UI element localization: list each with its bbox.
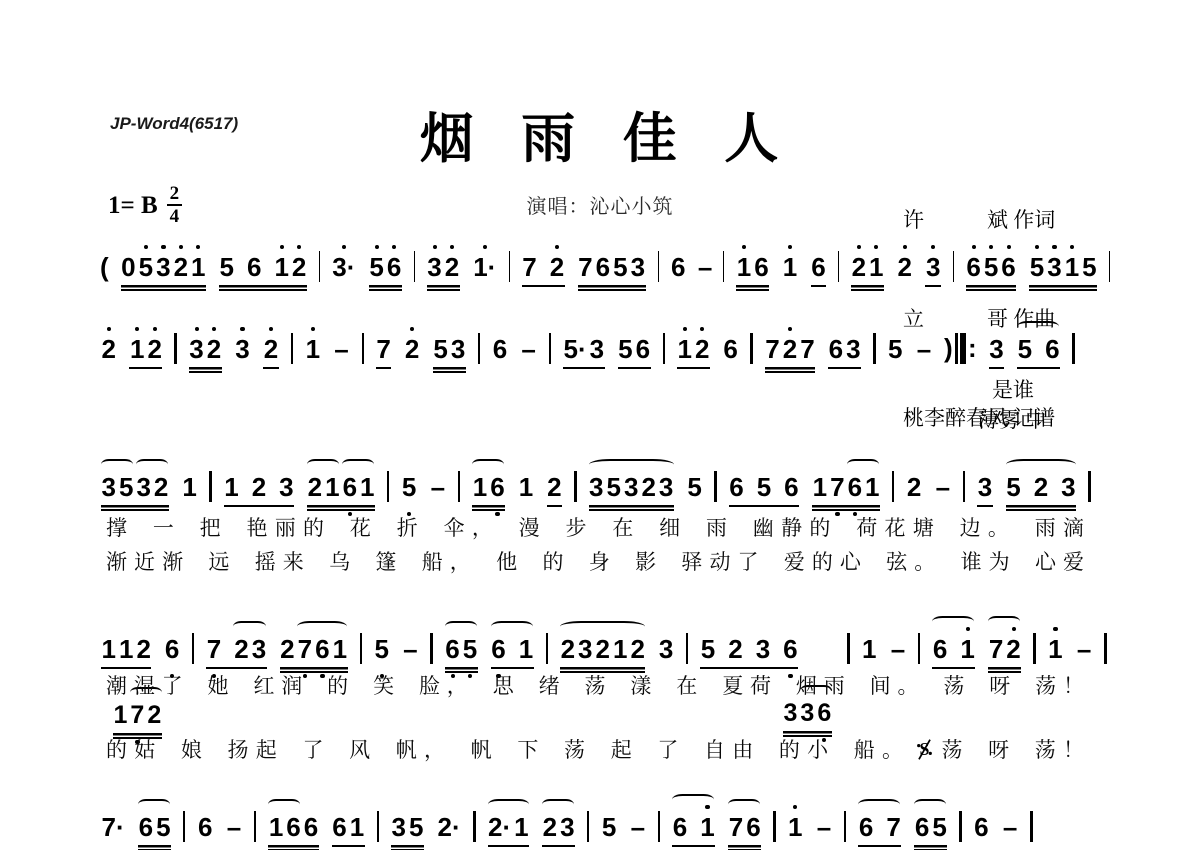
note-group: 3 <box>234 334 251 364</box>
note: 5 <box>755 472 772 502</box>
barline-icon <box>377 811 379 842</box>
note: 5 <box>432 334 449 364</box>
note-group: 1 <box>304 334 321 364</box>
barline-icon <box>192 633 194 664</box>
barline-icon <box>209 471 211 502</box>
note-group: 6 <box>163 634 180 664</box>
note-group: 2 <box>546 472 563 502</box>
note: 6 <box>669 252 686 282</box>
note: 3 <box>559 812 576 842</box>
note: 2 <box>1005 634 1022 664</box>
note: 3 <box>988 334 1005 364</box>
note-group: 12 <box>676 334 711 364</box>
note: 6 <box>857 812 874 842</box>
note: 1 <box>517 472 534 502</box>
note: 3 <box>449 334 466 364</box>
note-group: 12 <box>128 334 163 364</box>
rest-dash: – <box>934 472 952 502</box>
barline-icon <box>1033 633 1035 664</box>
note-group: 1 <box>781 252 798 282</box>
octave-dot-above-icon <box>1070 245 1074 249</box>
note: 2 <box>541 812 558 842</box>
slur-icon <box>268 799 300 810</box>
note: 1 <box>117 634 134 664</box>
note: 3 <box>100 472 117 502</box>
note: 1 <box>517 634 534 664</box>
note: 2 <box>629 634 646 664</box>
note: 6 <box>491 334 508 364</box>
note-group: 3· <box>331 252 357 282</box>
barline-icon <box>574 471 576 502</box>
slur-icon <box>932 616 974 627</box>
note-group: 5·3 <box>562 334 606 364</box>
octave-dot-above-icon <box>1035 245 1039 249</box>
note: 7 <box>727 812 744 842</box>
barline-icon <box>658 811 660 842</box>
note-group: 3 <box>988 334 1005 364</box>
repeat-start-sign: ): <box>944 333 977 364</box>
note-group: 1761 <box>811 472 881 502</box>
note-group: 3 <box>924 252 941 282</box>
note: 1 <box>781 252 798 282</box>
note-group: 2·1 <box>487 812 531 842</box>
note: 2 <box>905 472 922 502</box>
note: 1 <box>223 472 240 502</box>
note: 2 <box>233 634 250 664</box>
barline-icon <box>430 633 432 664</box>
note: 2 <box>306 472 323 502</box>
octave-dot-above-icon <box>107 327 111 331</box>
note: 7 <box>829 472 846 502</box>
note-group: 2161 <box>306 472 376 502</box>
note: 2 <box>152 472 169 502</box>
note: 5 <box>137 252 154 282</box>
note: 6 <box>385 252 402 282</box>
rest-dash: – <box>429 472 447 502</box>
note: 5 <box>155 812 172 842</box>
note: 6 <box>965 252 982 282</box>
note: 3 <box>976 472 993 502</box>
note-group: 32 <box>188 334 223 364</box>
note-group: 723 <box>205 634 267 664</box>
note-group: 61 <box>671 812 716 842</box>
note: 7 <box>885 812 902 842</box>
barline-icon <box>291 333 293 364</box>
rest-dash: – <box>520 334 538 364</box>
note-group: 23 <box>541 812 576 842</box>
barline-icon <box>362 333 364 364</box>
note: 6 <box>245 252 262 282</box>
slur-icon <box>672 794 714 805</box>
note-group: 2· <box>436 812 462 842</box>
octave-dot-above-icon <box>240 327 244 331</box>
barline-icon <box>1109 251 1110 282</box>
octave-dot-above-icon <box>903 245 907 249</box>
note: 3 <box>577 634 594 664</box>
note: 3 <box>657 634 674 664</box>
note: 5 <box>117 472 134 502</box>
note: 2 <box>279 634 296 664</box>
note: 6 <box>753 252 770 282</box>
note: 1 <box>787 812 804 842</box>
note: 1 <box>267 812 284 842</box>
note: 3 <box>250 634 267 664</box>
note: 2 <box>172 252 189 282</box>
note: 3 <box>278 472 295 502</box>
octave-dot-above-icon <box>135 327 139 331</box>
note-group: 16 <box>735 252 770 282</box>
note: 1 <box>471 472 488 502</box>
note: 3 <box>782 698 799 728</box>
barline-icon <box>473 811 475 842</box>
note-group: 5 <box>400 472 417 502</box>
slur-icon <box>233 621 266 632</box>
lyrics-row-verse1-a: 撑 一 把 艳丽的 花 折 伞， 漫 步 在 细 雨 幽静的 荷花塘 边。 雨滴 <box>106 512 1084 542</box>
octave-dot-above-icon <box>375 245 379 249</box>
rest-dash: – <box>225 812 243 842</box>
note: 6 <box>846 472 863 502</box>
notation-line-2: 21232321–72536–5·356126727635–):356 <box>100 326 1110 364</box>
note: 5· <box>562 334 588 364</box>
note-group: 656 <box>728 472 800 502</box>
barline-icon <box>918 633 920 664</box>
note: 6 <box>594 252 611 282</box>
note: 3· <box>331 252 357 282</box>
note: 2 <box>146 700 163 730</box>
note-group: 76 <box>727 812 762 842</box>
note-group: 61 <box>490 634 535 664</box>
note-group: 5236 <box>699 634 799 664</box>
note-group: 67 <box>857 812 902 842</box>
barline-icon <box>183 811 185 842</box>
barline-icon <box>1030 811 1032 842</box>
note-group: 6 <box>810 252 827 282</box>
note: 5 <box>368 252 385 282</box>
octave-dot-above-icon <box>793 805 797 809</box>
note: 5 <box>408 812 425 842</box>
barline-icon <box>847 633 849 664</box>
octave-dot-above-icon <box>683 327 687 331</box>
note: 2 <box>205 334 222 364</box>
notation-line-4: 112672327615–656123212352361–61721– <box>100 626 1110 664</box>
note: 5 <box>218 252 235 282</box>
note: 2 <box>443 252 460 282</box>
barline-icon <box>509 251 510 282</box>
open-paren: ( <box>100 252 109 282</box>
slur-icon <box>491 621 533 632</box>
note: 3 <box>135 472 152 502</box>
note-group: 65 <box>444 634 479 664</box>
note-group: 35 <box>390 812 425 842</box>
octave-dot-above-icon <box>972 245 976 249</box>
note: 2 <box>781 334 798 364</box>
note: 7 <box>764 334 781 364</box>
octave-dot-above-icon <box>196 245 200 249</box>
note-group: 6 <box>669 252 686 282</box>
lyrics-row-verse2-a: 渐近渐 远 摇来 乌 篷 船， 他 的 身 影 驿动了 爱的心 弦。 谁为 心爱 <box>106 546 1084 576</box>
note-group: 6 <box>722 334 739 364</box>
note: 2· <box>487 812 513 842</box>
note-group: 05321 <box>120 252 207 282</box>
note: 1 <box>100 634 117 664</box>
barline-icon <box>254 811 256 842</box>
note: 2 <box>403 334 420 364</box>
note-group: 56 <box>617 334 652 364</box>
note: 3 <box>188 334 205 364</box>
note: 6 <box>341 472 358 502</box>
notation-line-1: (0532156123·56321·7276536–16162123656531… <box>100 244 1110 282</box>
note: 1 <box>959 634 976 664</box>
note: 6 <box>1044 334 1061 364</box>
note-group: 23212 <box>559 634 646 664</box>
octave-dot-above-icon <box>161 245 165 249</box>
note: 2 <box>135 634 152 664</box>
note: 6 <box>444 634 461 664</box>
slur-icon <box>988 616 1020 627</box>
sheet-music-page: JP-Word4(6517) 烟 雨 佳 人 1= B24 演唱：沁心小筑 许 … <box>0 0 1200 850</box>
barline-icon <box>686 633 688 664</box>
note: 2 <box>640 472 657 502</box>
octave-dot-above-icon <box>874 245 878 249</box>
barline-icon <box>959 811 961 842</box>
note: 6 <box>634 334 651 364</box>
note: 5 <box>1005 472 1022 502</box>
note-group: 72 <box>521 252 566 282</box>
rest-dash: – <box>629 812 647 842</box>
note-group: 5 <box>887 334 904 364</box>
note: 6 <box>331 812 348 842</box>
note: 6 <box>782 634 799 664</box>
rest-dash: – <box>1001 812 1019 842</box>
note-group: 65 <box>913 812 948 842</box>
note: 3 <box>426 252 443 282</box>
octave-dot-above-icon <box>297 245 301 249</box>
note-group: 112 <box>100 634 152 664</box>
note: 2 <box>1032 472 1049 502</box>
note: 2 <box>546 472 563 502</box>
note: 1 <box>359 472 376 502</box>
barline-icon <box>892 471 894 502</box>
note: 1 <box>273 252 290 282</box>
note: 5 <box>600 812 617 842</box>
slur-icon <box>728 799 760 810</box>
note: 2 <box>896 252 913 282</box>
segno-icon: S <box>916 738 933 761</box>
octave-dot-above-icon <box>311 327 315 331</box>
note: 5 <box>982 252 999 282</box>
note-group: 2 <box>100 334 117 364</box>
barline-icon <box>478 333 480 364</box>
barline-icon <box>1104 633 1106 664</box>
barline-icon <box>658 251 659 282</box>
octave-dot-above-icon <box>269 327 273 331</box>
note: 5 <box>612 252 629 282</box>
note: 2· <box>436 812 462 842</box>
note: 1 <box>324 472 341 502</box>
note: 3 <box>924 252 941 282</box>
notation-line-5: 7·656–16661352·2·1235–61761–67656– <box>100 804 1110 842</box>
note: 6 <box>931 634 948 664</box>
octave-dot-above-icon <box>153 327 157 331</box>
rest-dash: – <box>915 334 933 364</box>
note: 2 <box>559 634 576 664</box>
lyrics-after-segno: 荡 呀 荡！ <box>934 738 1084 762</box>
octave-dot-above-icon <box>195 327 199 331</box>
note: 3 <box>622 472 639 502</box>
slur-icon <box>858 799 900 810</box>
rest-dash: – <box>889 634 907 664</box>
rest-dash: – <box>401 634 419 664</box>
slur-icon <box>342 459 374 470</box>
note: 3 <box>629 252 646 282</box>
note-group: 1 <box>517 472 534 502</box>
barline-icon <box>723 251 724 282</box>
note: 6 <box>745 812 762 842</box>
note: 1 <box>331 634 348 664</box>
octave-dot-above-icon <box>280 245 284 249</box>
ossia-notes-336: 336 <box>782 698 833 728</box>
note-group: 123 <box>223 472 295 502</box>
barline-icon <box>587 811 589 842</box>
note: 7 <box>375 334 392 364</box>
note: 3 <box>845 334 862 364</box>
rest-dash: – <box>333 334 351 364</box>
rest-dash: – <box>1075 634 1093 664</box>
note-group: 16 <box>471 472 506 502</box>
note: 1 <box>735 252 752 282</box>
octave-dot-above-icon <box>179 245 183 249</box>
note: 5 <box>699 634 716 664</box>
slur-icon <box>1017 321 1059 332</box>
note: 7 <box>296 634 313 664</box>
note-group: 1 <box>181 472 198 502</box>
note: 1 <box>190 252 207 282</box>
barline-icon <box>360 633 362 664</box>
note-group: 656 <box>965 252 1017 282</box>
note-group: 3 <box>976 472 993 502</box>
note: 2 <box>693 334 710 364</box>
octave-dot-above-icon <box>788 327 792 331</box>
note: 1 <box>513 812 530 842</box>
note: 7· <box>100 812 126 842</box>
octave-dot-above-icon <box>410 327 414 331</box>
barline-icon <box>750 333 752 364</box>
barline-icon <box>873 333 875 364</box>
note: 6 <box>489 472 506 502</box>
slur-icon <box>136 459 168 470</box>
slur-icon <box>847 459 879 470</box>
note-group: 523 <box>1005 472 1077 502</box>
note: 0 <box>120 252 137 282</box>
slur-icon <box>542 799 574 810</box>
note-group: 7· <box>100 812 126 842</box>
note: 3 <box>1046 252 1063 282</box>
note: 6 <box>302 812 319 842</box>
barline-icon <box>953 251 954 282</box>
note: 1 <box>861 634 878 664</box>
note: 1 <box>1063 252 1080 282</box>
ossia-notes-172: 172 <box>112 700 163 730</box>
note: 1 <box>1047 634 1064 664</box>
note: 3 <box>390 812 407 842</box>
octave-dot-above-icon <box>483 245 487 249</box>
note: 5 <box>686 472 703 502</box>
barline-icon <box>387 471 389 502</box>
note-group: 2 <box>896 252 913 282</box>
credit-lyricist: 许 斌 作词 <box>903 204 1055 237</box>
note: 7 <box>205 634 222 664</box>
note: 6 <box>783 472 800 502</box>
note: 6 <box>810 252 827 282</box>
barline-icon <box>414 251 415 282</box>
note: 7 <box>799 334 816 364</box>
barline-icon <box>663 333 665 364</box>
note: 3 <box>588 472 605 502</box>
note: 1 <box>611 634 628 664</box>
note-group: 53 <box>432 334 467 364</box>
note-group: 61 <box>331 812 366 842</box>
octave-dot-above-icon <box>1053 627 1057 631</box>
note: 1 <box>676 334 693 364</box>
note-group: 6 <box>196 812 213 842</box>
note-group: 63 <box>827 334 862 364</box>
octave-dot-above-icon <box>857 245 861 249</box>
svg-text:S: S <box>920 739 930 759</box>
note-group: 2 <box>403 334 420 364</box>
note: 2 <box>594 634 611 664</box>
note: 5 <box>373 634 390 664</box>
note: 7 <box>577 252 594 282</box>
note-group: 61 <box>931 634 976 664</box>
note-group: 5 <box>600 812 617 842</box>
note-group: 5 <box>686 472 703 502</box>
barline-icon <box>963 471 965 502</box>
slur-icon <box>1006 459 1076 470</box>
note: 6 <box>816 698 833 728</box>
barline-icon <box>773 811 775 842</box>
note-group: 3532 <box>100 472 170 502</box>
lyrics-row-verse2-b: 的姑 娘 扬起 了 风 帆， 帆 下 荡 起 了 自由 的小 船。S荡 呀 荡！ <box>106 734 1084 764</box>
barline-icon <box>174 333 176 364</box>
octave-dot-above-icon <box>989 245 993 249</box>
note-group: 2 <box>262 334 279 364</box>
note: 5 <box>1081 252 1098 282</box>
barline-icon <box>1072 333 1074 364</box>
note-group: 1· <box>472 252 498 282</box>
note: 6 <box>285 812 302 842</box>
note: 6 <box>314 634 331 664</box>
note: 6 <box>490 634 507 664</box>
note: 6 <box>1000 252 1017 282</box>
note: 3 <box>799 698 816 728</box>
barline-icon <box>458 471 460 502</box>
note: 6 <box>722 334 739 364</box>
note: 2 <box>727 634 744 664</box>
slur-icon <box>488 799 529 810</box>
note-group: 5315 <box>1028 252 1098 282</box>
slur-icon <box>472 459 504 470</box>
note-group: 7 <box>375 334 392 364</box>
note: 3 <box>234 334 251 364</box>
note-group: 72 <box>987 634 1022 664</box>
note: 5 <box>605 472 622 502</box>
barline-icon <box>546 633 548 664</box>
note-group: 56 <box>368 252 403 282</box>
octave-dot-above-icon <box>1012 627 1016 631</box>
note: 3 <box>1060 472 1077 502</box>
note: 5 <box>400 472 417 502</box>
credits-block: 许 斌 作词 立 哥 作曲 桃李醉春风 记谱 <box>903 138 1055 501</box>
